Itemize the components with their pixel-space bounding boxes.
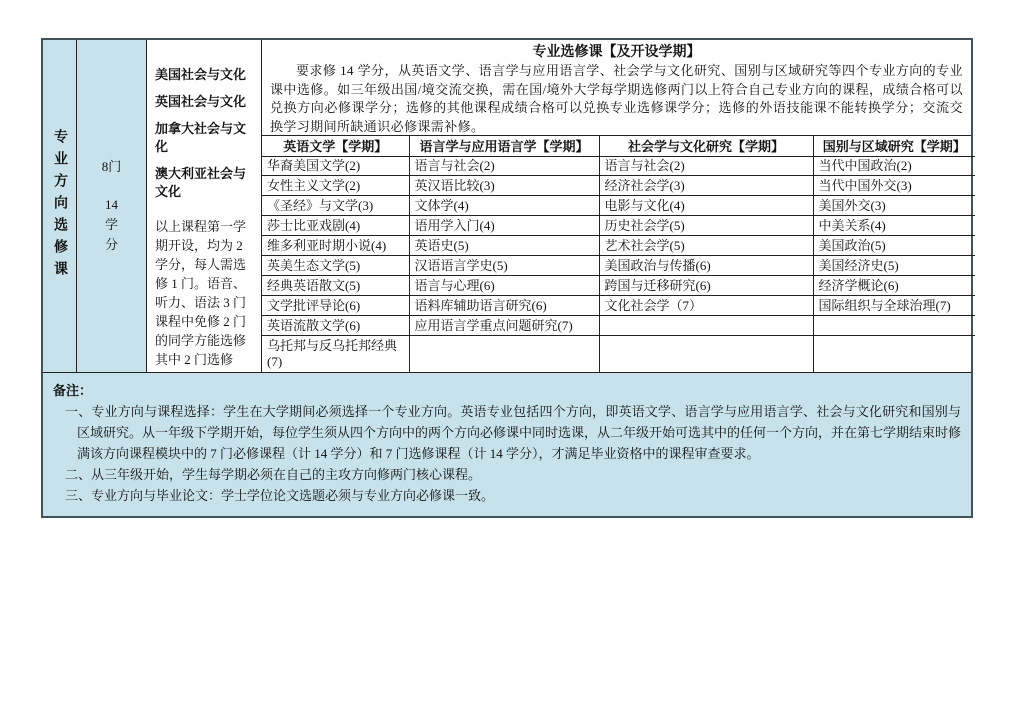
remarks-title: 备注： <box>53 380 961 401</box>
course-cell: 历史社会学(5) <box>599 216 813 236</box>
course-cell: 文学批评导论(6) <box>262 296 409 316</box>
course-cell: 语言与心理(6) <box>409 276 599 296</box>
table-row: 经典英语散文(5) 语言与心理(6) 跨国与迁移研究(6) 经济学概论(6) <box>262 276 975 296</box>
course-cell: 艺术社会学(5) <box>599 236 813 256</box>
table-row: 英美生态文学(5) 汉语语言学史(5) 美国政治与传播(6) 美国经济史(5) <box>262 256 975 276</box>
course-cell: 英汉语比较(3) <box>409 176 599 196</box>
course-cell: 文体学(4) <box>409 196 599 216</box>
remark-item: 一、专业方向与课程选择：学生在大学期间必须选择一个专业方向。英语专业包括四个方向… <box>65 401 961 464</box>
course-cell: 英语史(5) <box>409 236 599 256</box>
course-cell <box>813 336 975 372</box>
course-cell: 语用学入门(4) <box>409 216 599 236</box>
course-cell: 英语流散文学(6) <box>262 316 409 336</box>
course-cell: 国际组织与全球治理(7) <box>813 296 975 316</box>
course-cell <box>409 336 599 372</box>
course-cell: 女性主义文学(2) <box>262 176 409 196</box>
credits-column: 8门 14学分 <box>77 40 147 372</box>
course-cell: 当代中国政治(2) <box>813 156 975 176</box>
remark-item: 二、从三年级开始，学生每学期必须在自己的主攻方向修两门核心课程。 <box>65 464 961 485</box>
course-cell: 莎士比亚戏剧(4) <box>262 216 409 236</box>
course-count: 8门 <box>102 157 122 177</box>
orientation-course-list: 美国社会与文化 英国社会与文化 加拿大社会与文化 澳大利亚社会与文化 以上课程第… <box>147 40 262 372</box>
course-cell: 华裔美国文学(2) <box>262 156 409 176</box>
course-cell: 语料库辅助语言研究(6) <box>409 296 599 316</box>
table-row: 维多利亚时期小说(4) 英语史(5) 艺术社会学(5) 美国政治(5) <box>262 236 975 256</box>
course-cell: 英美生态文学(5) <box>262 256 409 276</box>
course-cell: 汉语语言学史(5) <box>409 256 599 276</box>
table-header-row: 英语文学【学期】 语言学与应用语言学【学期】 社会学与文化研究【学期】 国别与区… <box>262 136 975 156</box>
orientation-course-note: 以上课程第一学期开设，均为 2 学分，每人需选修 1 门。语音、听力、语法 3 … <box>155 217 254 388</box>
course-cell: 经济学概论(6) <box>813 276 975 296</box>
course-cell: 电影与文化(4) <box>599 196 813 216</box>
elective-main-area: 专业选修课【及开设学期】 要求修 14 学分，从英语文学、语言学与应用语言学、社… <box>262 40 971 372</box>
orientation-course: 澳大利亚社会与文化 <box>155 165 254 201</box>
orientation-course: 美国社会与文化 <box>155 66 254 84</box>
course-cell: 美国外交(3) <box>813 196 975 216</box>
elective-title: 专业选修课【及开设学期】 <box>270 43 963 62</box>
course-cell: 经典英语散文(5) <box>262 276 409 296</box>
course-cell: 乌托邦与反乌托邦经典(7) <box>262 336 409 372</box>
elective-header: 专业选修课【及开设学期】 要求修 14 学分，从英语文学、语言学与应用语言学、社… <box>262 40 971 136</box>
category-label: 专业方向选修课 <box>43 129 76 283</box>
document-page: 专业方向选修课 8门 14学分 美国社会与文化 英国社会与文化 加拿大社会与文化… <box>0 0 1024 724</box>
course-cell: 美国政治(5) <box>813 236 975 256</box>
credit-count: 14学分 <box>104 195 120 255</box>
elective-course-table: 英语文学【学期】 语言学与应用语言学【学期】 社会学与文化研究【学期】 国别与区… <box>262 136 975 372</box>
course-cell: 美国政治与传播(6) <box>599 256 813 276</box>
column-header-linguistics: 语言学与应用语言学【学期】 <box>409 136 599 156</box>
course-cell: 中美关系(4) <box>813 216 975 236</box>
orientation-course: 英国社会与文化 <box>155 93 254 111</box>
course-cell: 经济社会学(3) <box>599 176 813 196</box>
course-cell: 应用语言学重点问题研究(7) <box>409 316 599 336</box>
course-cell <box>813 316 975 336</box>
table-row: 《圣经》与文学(3) 文体学(4) 电影与文化(4) 美国外交(3) <box>262 196 975 216</box>
course-cell: 当代中国外交(3) <box>813 176 975 196</box>
table-row: 女性主义文学(2) 英汉语比较(3) 经济社会学(3) 当代中国外交(3) <box>262 176 975 196</box>
category-column: 专业方向选修课 <box>43 40 77 372</box>
column-header-country-region: 国别与区域研究【学期】 <box>813 136 975 156</box>
elective-course-block: 专业方向选修课 8门 14学分 美国社会与文化 英国社会与文化 加拿大社会与文化… <box>43 40 971 373</box>
remarks-section: 备注： 一、专业方向与课程选择：学生在大学期间必须选择一个专业方向。英语专业包括… <box>43 373 971 516</box>
remark-item: 三、专业方向与毕业论文：学士学位论文选题必须与专业方向必修课一致。 <box>65 485 961 506</box>
column-header-sociology-culture: 社会学与文化研究【学期】 <box>599 136 813 156</box>
course-cell: 维多利亚时期小说(4) <box>262 236 409 256</box>
course-cell <box>599 316 813 336</box>
curriculum-table: 专业方向选修课 8门 14学分 美国社会与文化 英国社会与文化 加拿大社会与文化… <box>41 38 973 518</box>
course-cell: 语言与社会(2) <box>599 156 813 176</box>
table-row: 乌托邦与反乌托邦经典(7) <box>262 336 975 372</box>
course-cell: 跨国与迁移研究(6) <box>599 276 813 296</box>
course-cell: 美国经济史(5) <box>813 256 975 276</box>
table-row: 文学批评导论(6) 语料库辅助语言研究(6) 文化社会学（7） 国际组织与全球治… <box>262 296 975 316</box>
table-row: 华裔美国文学(2) 语言与社会(2) 语言与社会(2) 当代中国政治(2) <box>262 156 975 176</box>
course-cell: 《圣经》与文学(3) <box>262 196 409 216</box>
table-row: 英语流散文学(6) 应用语言学重点问题研究(7) <box>262 316 975 336</box>
course-cell <box>599 336 813 372</box>
orientation-course: 加拿大社会与文化 <box>155 120 254 156</box>
elective-description: 要求修 14 学分，从英语文学、语言学与应用语言学、社会学与文化研究、国别与区域… <box>270 62 963 136</box>
column-header-english-literature: 英语文学【学期】 <box>262 136 409 156</box>
course-cell: 语言与社会(2) <box>409 156 599 176</box>
table-row: 莎士比亚戏剧(4) 语用学入门(4) 历史社会学(5) 中美关系(4) <box>262 216 975 236</box>
course-cell: 文化社会学（7） <box>599 296 813 316</box>
